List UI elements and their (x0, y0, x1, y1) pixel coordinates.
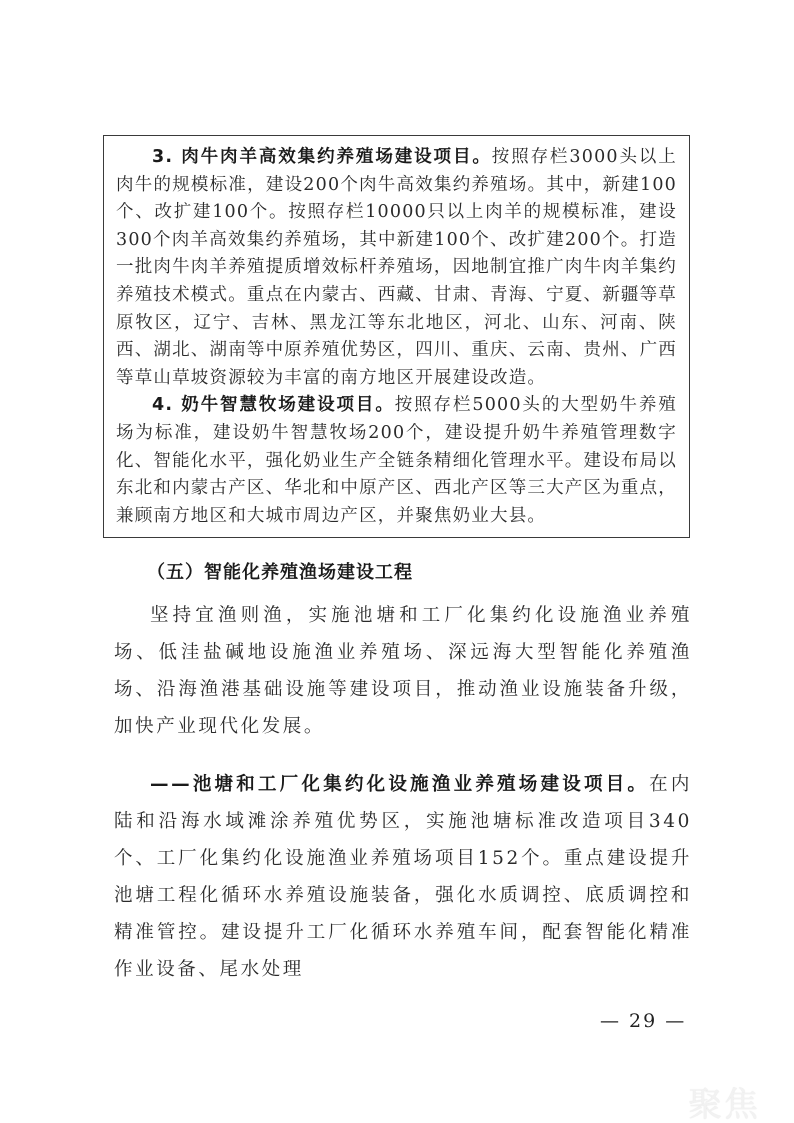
page-number: — 29 — (600, 1010, 686, 1032)
intro-paragraph: 坚持宜渔则渔，实施池塘和工厂化集约化设施渔业养殖场、低洼盐碱地设施渔业养殖场、深… (114, 597, 692, 745)
section-intro: 坚持宜渔则渔，实施池塘和工厂化集约化设施渔业养殖场、低洼盐碱地设施渔业养殖场、深… (114, 597, 692, 745)
section-heading: （五）智能化养殖渔场建设工程 (147, 558, 413, 584)
item-4-title: 4. 奶牛智慧牧场建设项目。 (152, 395, 395, 415)
item-3-title: 3. 肉牛肉羊高效集约养殖场建设项目。 (152, 147, 492, 167)
item-3-paragraph: 3. 肉牛肉羊高效集约养殖场建设项目。按照存栏3000头以上肉牛的规模标准，建设… (116, 144, 677, 392)
watermark-logo: 聚焦 (688, 1077, 760, 1123)
item-title: ——池塘和工厂化集约化设施渔业养殖场建设项目。 (150, 774, 649, 795)
item-3-text: 按照存栏3000头以上肉牛的规模标准，建设200个肉牛高效集约养殖场。其中，新建… (116, 147, 677, 388)
section-item: ——池塘和工厂化集约化设施渔业养殖场建设项目。在内陆和沿海水域滩涂养殖优势区，实… (114, 766, 692, 988)
item-paragraph: ——池塘和工厂化集约化设施渔业养殖场建设项目。在内陆和沿海水域滩涂养殖优势区，实… (114, 766, 692, 988)
item-4-paragraph: 4. 奶牛智慧牧场建设项目。按照存栏5000头的大型奶牛养殖场为标准，建设奶牛智… (116, 392, 677, 530)
highlight-box: 3. 肉牛肉羊高效集约养殖场建设项目。按照存栏3000头以上肉牛的规模标准，建设… (103, 135, 690, 538)
item-text: 在内陆和沿海水域滩涂养殖优势区，实施池塘标准改造项目340个、工厂化集约化设施渔… (114, 774, 692, 980)
